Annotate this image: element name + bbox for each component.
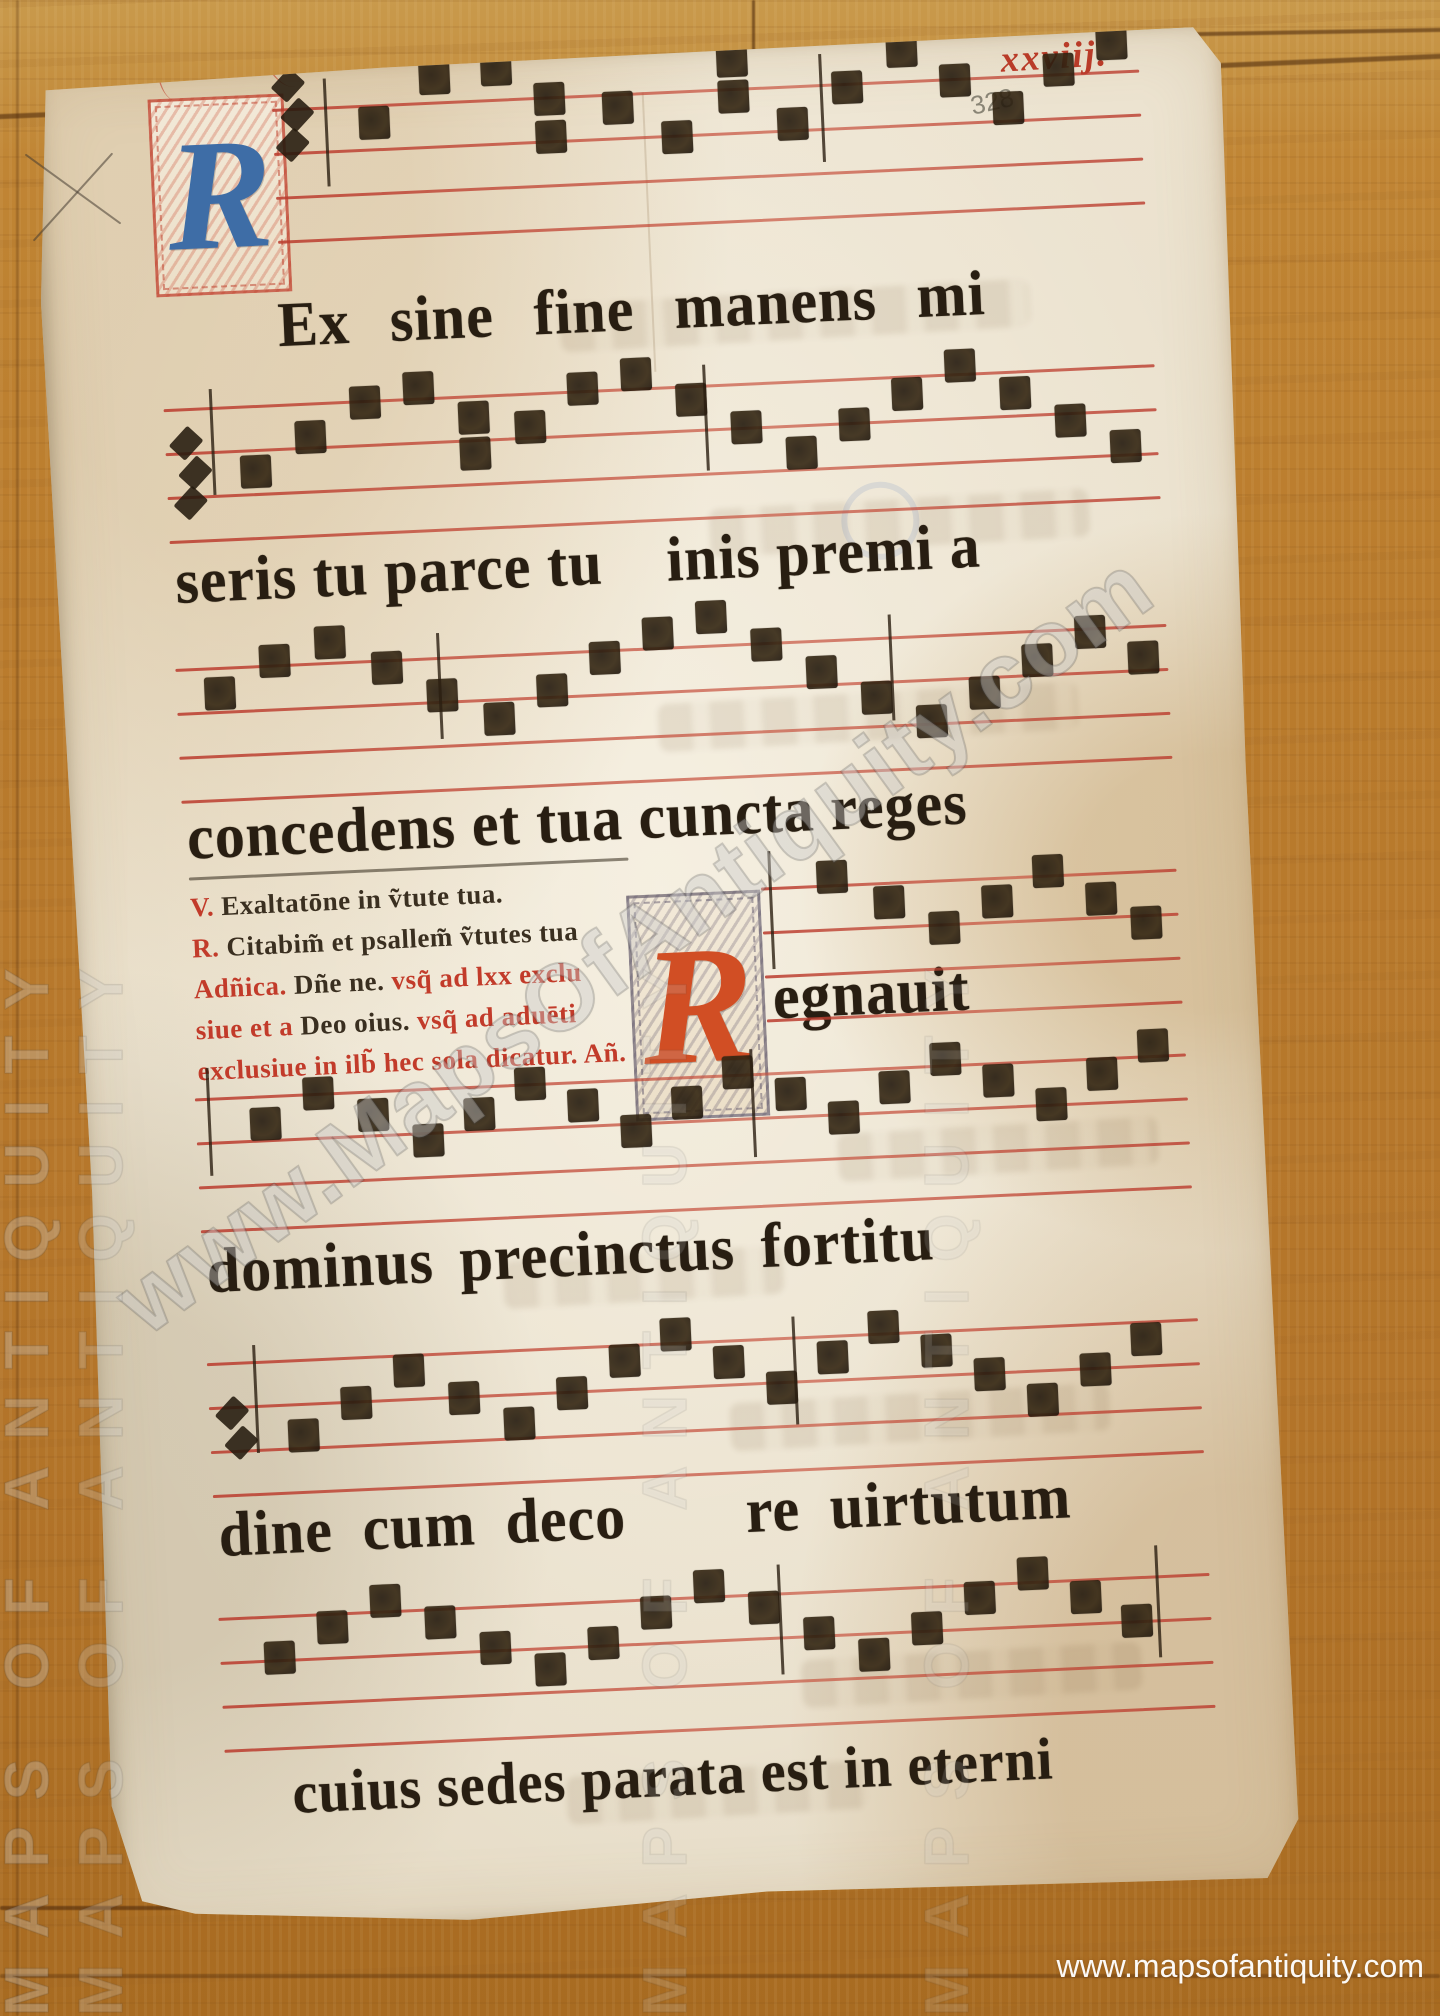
neume-square (240, 454, 272, 488)
divider-line (818, 54, 826, 162)
neume-square (858, 1638, 890, 1672)
neume-square (929, 1042, 961, 1076)
neume-square (463, 1097, 495, 1131)
neume-square (369, 1584, 401, 1618)
neume-square (514, 1067, 546, 1101)
neume-square (479, 1631, 511, 1665)
neume-square (693, 1569, 725, 1603)
neume-square (999, 376, 1031, 410)
divider-line (702, 365, 710, 471)
rubric-segment: V. (189, 891, 221, 922)
neume-square (911, 1611, 943, 1645)
neume-square (1070, 1580, 1102, 1614)
neume-square (1130, 905, 1162, 939)
neume-square (503, 1406, 535, 1440)
neume-square (939, 63, 971, 97)
neume-square (412, 1123, 444, 1157)
neume-square (316, 1610, 348, 1644)
staff-line (763, 913, 1179, 935)
neume-square (204, 676, 236, 710)
neume-square (288, 1418, 320, 1452)
rubric-block: V. Exaltatōne in ṽtute tua.R. Citabim̃ e… (189, 866, 668, 1092)
initial-letter: R (164, 114, 276, 277)
neume-square (340, 1386, 372, 1420)
neume-square (566, 371, 598, 405)
neume-square (1127, 640, 1159, 674)
staff-line (276, 158, 1143, 200)
neume-square (982, 1063, 1014, 1097)
staff-line (222, 1661, 1213, 1709)
neume-square (294, 420, 326, 454)
neume-square (264, 1641, 296, 1675)
staff-line (168, 452, 1159, 500)
neume-square (1079, 1352, 1111, 1386)
neume-square (1109, 429, 1141, 463)
neume-square (302, 1076, 334, 1110)
neume-square (418, 61, 450, 95)
neume-square (878, 1070, 910, 1104)
neume-square (916, 704, 948, 738)
neume-square (1035, 1087, 1067, 1121)
photo-of-antiphonal-leaf: xxviij. 328 R R Ex sine fine manens mi s… (0, 0, 1440, 2016)
neume-square (1074, 615, 1106, 649)
neume-square (785, 436, 817, 470)
neume-square (944, 348, 976, 382)
staff-line (765, 957, 1181, 979)
floorboard-seam (16, 0, 19, 2016)
neume-square (1021, 643, 1053, 677)
neume-square (1017, 1556, 1049, 1590)
neume-square (671, 1085, 703, 1119)
neume-square (608, 1344, 640, 1378)
music-stave (272, 70, 1145, 249)
rubric-segment: Exaltatōne in ṽtute tua. (220, 878, 503, 921)
rubric-segment: Adñica. (193, 970, 294, 1005)
neume-square (775, 1077, 807, 1111)
neume-square (314, 625, 346, 659)
neume-square (661, 120, 693, 154)
neume-square (1054, 403, 1086, 437)
neume-square (1042, 53, 1074, 87)
illuminated-initial-blue-R: R (147, 93, 292, 297)
rubric-segment: vsq̃ ad lxx exclu (391, 957, 582, 996)
neume-square (861, 680, 893, 714)
neume-square (805, 655, 837, 689)
neume-square (1137, 1028, 1169, 1062)
neume-square (641, 616, 673, 650)
neume-square (920, 1333, 952, 1367)
neume-square (695, 600, 727, 634)
neume-square (828, 1100, 860, 1134)
neume-square (357, 1098, 389, 1132)
neume-square (777, 107, 809, 141)
neume-square (249, 1107, 281, 1141)
neume-square (587, 1626, 619, 1660)
divider-line (209, 389, 217, 495)
neume-square (402, 371, 434, 405)
neume-square (816, 860, 848, 894)
neume-square (448, 1381, 480, 1415)
neume-square (831, 70, 863, 104)
neume-square (1086, 1057, 1118, 1091)
neume-square (891, 377, 923, 411)
neume-square (534, 1652, 566, 1686)
rubric-segment: R. (191, 932, 227, 964)
neume-square (730, 410, 762, 444)
neume-square (1121, 1604, 1153, 1638)
neume-square (838, 407, 870, 441)
neume-square (556, 1376, 588, 1410)
divider-line (323, 79, 331, 187)
neume-square (713, 1345, 745, 1379)
neume-diamond (280, 97, 315, 132)
staff-line (177, 668, 1168, 716)
neume-square (393, 1353, 425, 1387)
neume-square (533, 82, 565, 116)
neume-square (349, 385, 381, 419)
neume-square (514, 410, 546, 444)
manuscript-leaf: xxviij. 328 R R Ex sine fine manens mi s… (28, 26, 1303, 1936)
neume-diamond (275, 128, 310, 163)
neume-square (992, 91, 1024, 125)
neume-square (424, 1605, 456, 1639)
neume-square (867, 1310, 899, 1344)
neume-square (536, 673, 568, 707)
rubric-segment: vsq̃ ad aduēti (416, 998, 577, 1035)
rubric-segment: Deo oius. (300, 1005, 418, 1040)
rubric-segment: siue et a (195, 1011, 301, 1046)
neume-square (589, 641, 621, 675)
neume-square (817, 1340, 849, 1374)
neume-diamond (215, 1396, 250, 1431)
staff-line (767, 1001, 1183, 1023)
neume-square (748, 1591, 780, 1625)
neume-square (803, 1616, 835, 1650)
neume-square (969, 676, 1001, 710)
neume-square (620, 1114, 652, 1148)
neume-square (1130, 1322, 1162, 1356)
neume-square (1085, 881, 1117, 915)
neume-square (981, 884, 1013, 918)
neume-square (1032, 854, 1064, 888)
site-url-watermark: www.mapsofantiquity.com (1056, 1948, 1424, 1985)
neume-square (483, 702, 515, 736)
neume-diamond (224, 1425, 259, 1460)
neume-square (717, 79, 749, 113)
neume-square (750, 627, 782, 661)
neume-diamond (173, 485, 208, 520)
neume-square (258, 644, 290, 678)
neume-square (640, 1595, 672, 1629)
neume-square (620, 357, 652, 391)
neume-square (964, 1581, 996, 1615)
staff-line (199, 1141, 1190, 1189)
neume-square (459, 436, 491, 470)
manuscript-leaf-content: xxviij. 328 R R Ex sine fine manens mi s… (28, 26, 1303, 1936)
neume-square (873, 885, 905, 919)
neume-square (567, 1088, 599, 1122)
music-stave (175, 624, 1172, 809)
neume-square (659, 1317, 691, 1351)
neume-square (371, 651, 403, 685)
staff-line (278, 201, 1145, 243)
neume-square (602, 91, 634, 125)
staff-line (207, 1318, 1198, 1366)
divider-line (1154, 1545, 1162, 1657)
neume-square (973, 1357, 1005, 1391)
staff-line (220, 1617, 1211, 1665)
divider-line (767, 851, 775, 969)
rubric-segment: Dñe ne. (293, 965, 392, 999)
neume-square (1027, 1383, 1059, 1417)
neume-square (928, 911, 960, 945)
music-stave (218, 1573, 1215, 1758)
neume-square (358, 106, 390, 140)
staff-line (179, 712, 1170, 760)
neume-diamond (178, 455, 213, 490)
neume-square (535, 120, 567, 154)
neume-square (458, 400, 490, 434)
music-stave (761, 869, 1183, 1028)
